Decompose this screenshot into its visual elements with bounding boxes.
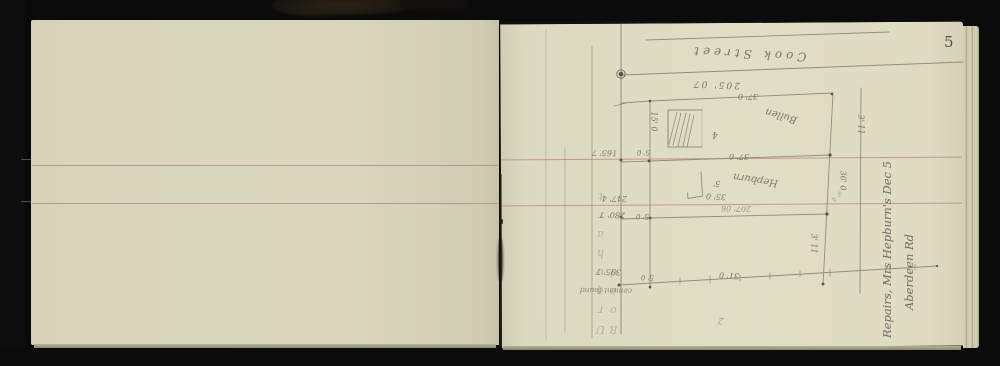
dimension-label: 37' 0 <box>738 92 758 101</box>
offset-label: 5' 0 <box>621 212 649 220</box>
dimension-label: 35' 0 <box>706 191 726 201</box>
job-note: Repairs, Mrs Hepburn's Dec 5 Aberdeen Rd <box>876 120 920 338</box>
street-dimension: 205' 07 <box>692 78 740 90</box>
dimension-label: 15' 0 <box>650 112 659 142</box>
offset-label: 5' 0 <box>622 148 650 156</box>
road-name-label: Urquhart Road <box>594 90 620 336</box>
dimension-label: 3' 11 <box>810 234 819 264</box>
page-number: 5 <box>944 33 955 51</box>
offset-label: 5' 0 <box>626 273 654 281</box>
plot-right-edge <box>823 93 833 285</box>
street-south-line <box>621 62 963 75</box>
dimension-label: 37' 0 <box>729 152 749 161</box>
dimension-label: 31' 0 <box>719 270 739 280</box>
stair-hatching <box>669 112 694 147</box>
station-dot <box>619 72 624 77</box>
job-note-line1: Repairs, Mrs Hepburn's Dec 5 <box>876 120 898 338</box>
dimension-label: 207' 06 <box>721 204 751 214</box>
plot-mark: 4 <box>712 129 718 139</box>
plan-sketch-svg <box>0 0 1000 366</box>
notebook-photo: Cook Street 205' 07 Bullen 4 Hepburn 37'… <box>0 0 1000 366</box>
plot-divider-1 <box>622 155 831 162</box>
plot-divider-2 <box>622 214 828 219</box>
plot-top-line <box>622 93 833 103</box>
plot-bracket <box>688 172 703 199</box>
street-north-line <box>646 32 889 40</box>
survey-note: cement found <box>552 285 632 295</box>
dimension-label: 3' 11 <box>857 115 866 145</box>
job-note-line2: Aberdeen Rd <box>898 120 920 310</box>
dimension-label: 5' <box>713 179 720 188</box>
